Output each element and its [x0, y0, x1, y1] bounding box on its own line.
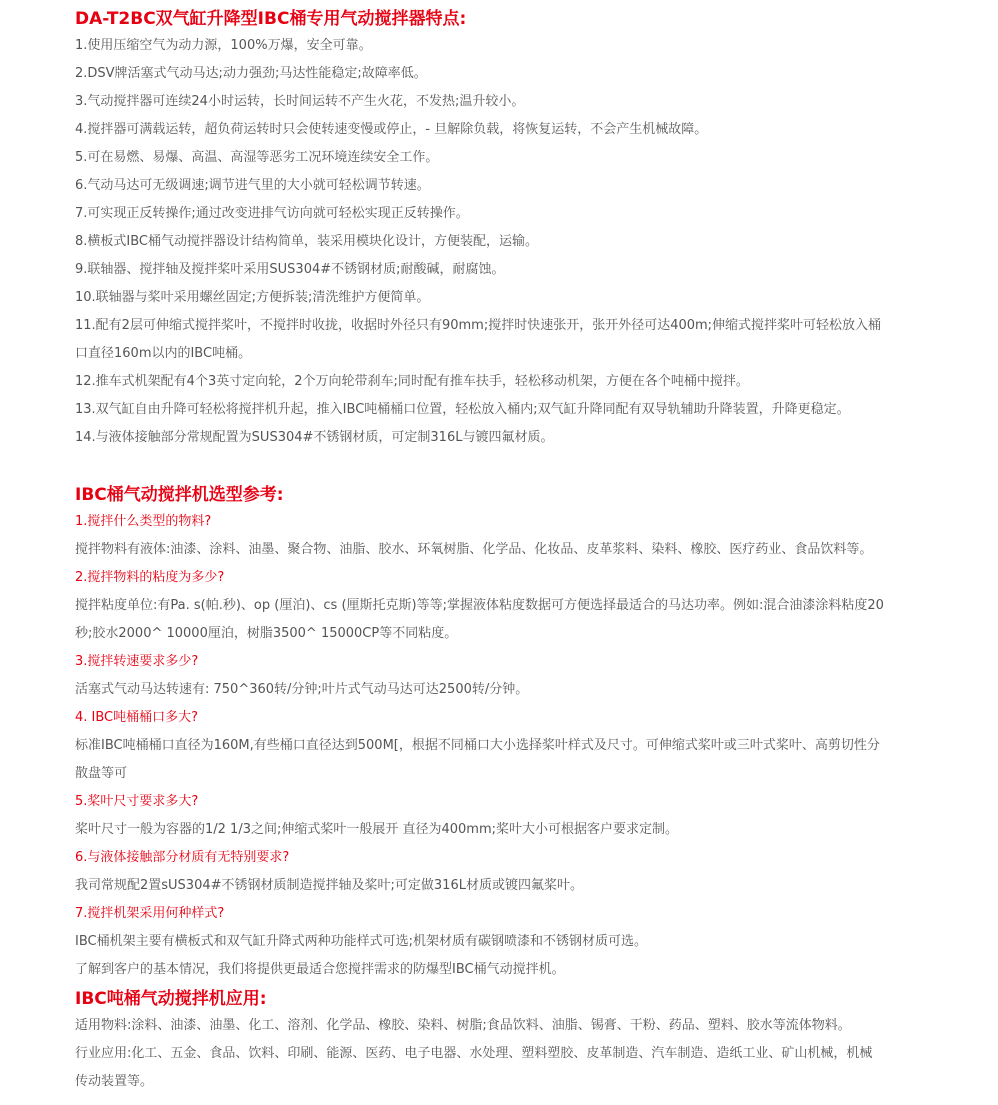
section-title-selection: IBC桶气动搅拌机选型参考: — [75, 484, 284, 506]
feature-item: 3.气动搅拌器可连续24小时运转，长时间运转不产生火花，不发热;温升较小。 — [75, 93, 524, 111]
feature-item: 1.使用压缩空气为动力源，100%万爆，安全可靠。 — [75, 37, 372, 55]
feature-item: 5.可在易燃、易爆、高温、高湿等恶劣工况环境连续安全工作。 — [75, 149, 438, 167]
section-title-features: DA-T2BC双气缸升降型IBC桶专用气动搅拌器特点: — [75, 8, 466, 30]
question-heading: 5.桨叶尺寸要求多大? — [75, 793, 198, 811]
feature-item: 7.可实现正反转操作;通过改变进排气访向就可轻松实现正反转操作。 — [75, 205, 469, 223]
answer-text: 散盘等可 — [75, 765, 127, 783]
answer-text: 标准IBC吨桶桶口直径为160M,有些桶口直径达到500M[，根据不同桶口大小选… — [75, 737, 880, 755]
question-heading: 1.搅拌什么类型的物料? — [75, 513, 211, 531]
feature-item: 13.双气缸自由升降可轻松将搅拌机升起，推入IBC吨桶桶口位置，轻松放入桶内;双… — [75, 401, 850, 419]
answer-text: 活塞式气动马达转速有: 750^360转/分钟;叶片式气动马达可达2500转/分… — [75, 681, 528, 699]
feature-item-continued: 口直径160m以内的IBC吨桶。 — [75, 345, 251, 363]
question-heading: 7.搅拌机架采用何种样式? — [75, 905, 224, 923]
answer-text: 搅拌物料有液体:油漆、涂料、油墨、聚合物、油脂、胶水、环氧树脂、化学品、化妆品、… — [75, 541, 872, 559]
section-title-applications: IBC吨桶气动搅拌机应用: — [75, 988, 267, 1010]
feature-item: 6.气动马达可无级调速;调节进气里的大小就可轻松调节转速。 — [75, 177, 430, 195]
answer-text: 搅拌粘度单位:有Pa. s(帕.秒)、op (厘泊)、cs (厘斯托克斯)等等;… — [75, 597, 884, 615]
question-heading: 2.搅拌物料的粘度为多少? — [75, 569, 224, 587]
question-heading: 6.与液体接触部分材质有无特别要求? — [75, 849, 289, 867]
application-item: 适用物料:涂料、油漆、油墨、化工、溶剂、化学品、橡胶、染料、树脂;食品饮料、油脂… — [75, 1017, 851, 1035]
answer-text: 桨叶尺寸一般为容器的1/2 1/3之间;伸缩式桨叶一般展开 直径为400mm;桨… — [75, 821, 678, 839]
feature-item: 8.横板式IBC桶气动搅拌器设计结构简单，装采用模块化设计，方便装配，运输。 — [75, 233, 538, 251]
question-heading: 3.搅拌转速要求多少? — [75, 653, 198, 671]
feature-item: 14.与液体接触部分常规配置为SUS304#不锈钢材质，可定制316L与镀四氟材… — [75, 429, 553, 447]
feature-item: 4.搅拌器可满载运转，超负荷运转时只会使转速变慢或停止，- 旦解除负载，将恢复运… — [75, 121, 707, 139]
feature-item: 12.推车式机架配有4个3英寸定向轮，2个万向轮带刹车;同时配有推车扶手，轻松移… — [75, 373, 749, 391]
application-item: 行业应用:化工、五金、食品、饮料、印刷、能源、医药、电子电器、水处理、塑料塑胶、… — [75, 1045, 872, 1063]
application-item-continued: 传动装置等。 — [75, 1073, 153, 1091]
answer-text: 秒;胶水2000^ 10000厘泊，树脂3500^ 15000CP等不同粘度。 — [75, 625, 457, 643]
feature-item: 11.配有2层可伸缩式搅拌桨叶，不搅拌时收拢，收据时外径只有90mm;搅拌时快速… — [75, 317, 881, 335]
question-heading: 4. IBC吨桶桶口多大? — [75, 709, 198, 727]
answer-text: 了解到客户的基本情况，我们将提供更最适合您搅拌需求的防爆型IBC桶气动搅拌机。 — [75, 961, 565, 979]
answer-text: IBC桶机架主要有横板式和双气缸升降式两种功能样式可选;机架材质有碳钢喷漆和不锈… — [75, 933, 647, 951]
answer-text: 我司常规配2置sUS304#不锈钢材质制造搅拌轴及桨叶;可定做316L材质或镀四… — [75, 877, 583, 895]
feature-item: 2.DSV牌活塞式气动马达;动力强劲;马达性能稳定;故障率低。 — [75, 65, 427, 83]
feature-item: 10.联轴器与桨叶采用螺丝固定;方便拆装;清洗维护方便简单。 — [75, 289, 429, 307]
feature-item: 9.联轴器、搅拌轴及搅拌桨叶采用SUS304#不锈钢材质;耐酸碱，耐腐蚀。 — [75, 261, 505, 279]
